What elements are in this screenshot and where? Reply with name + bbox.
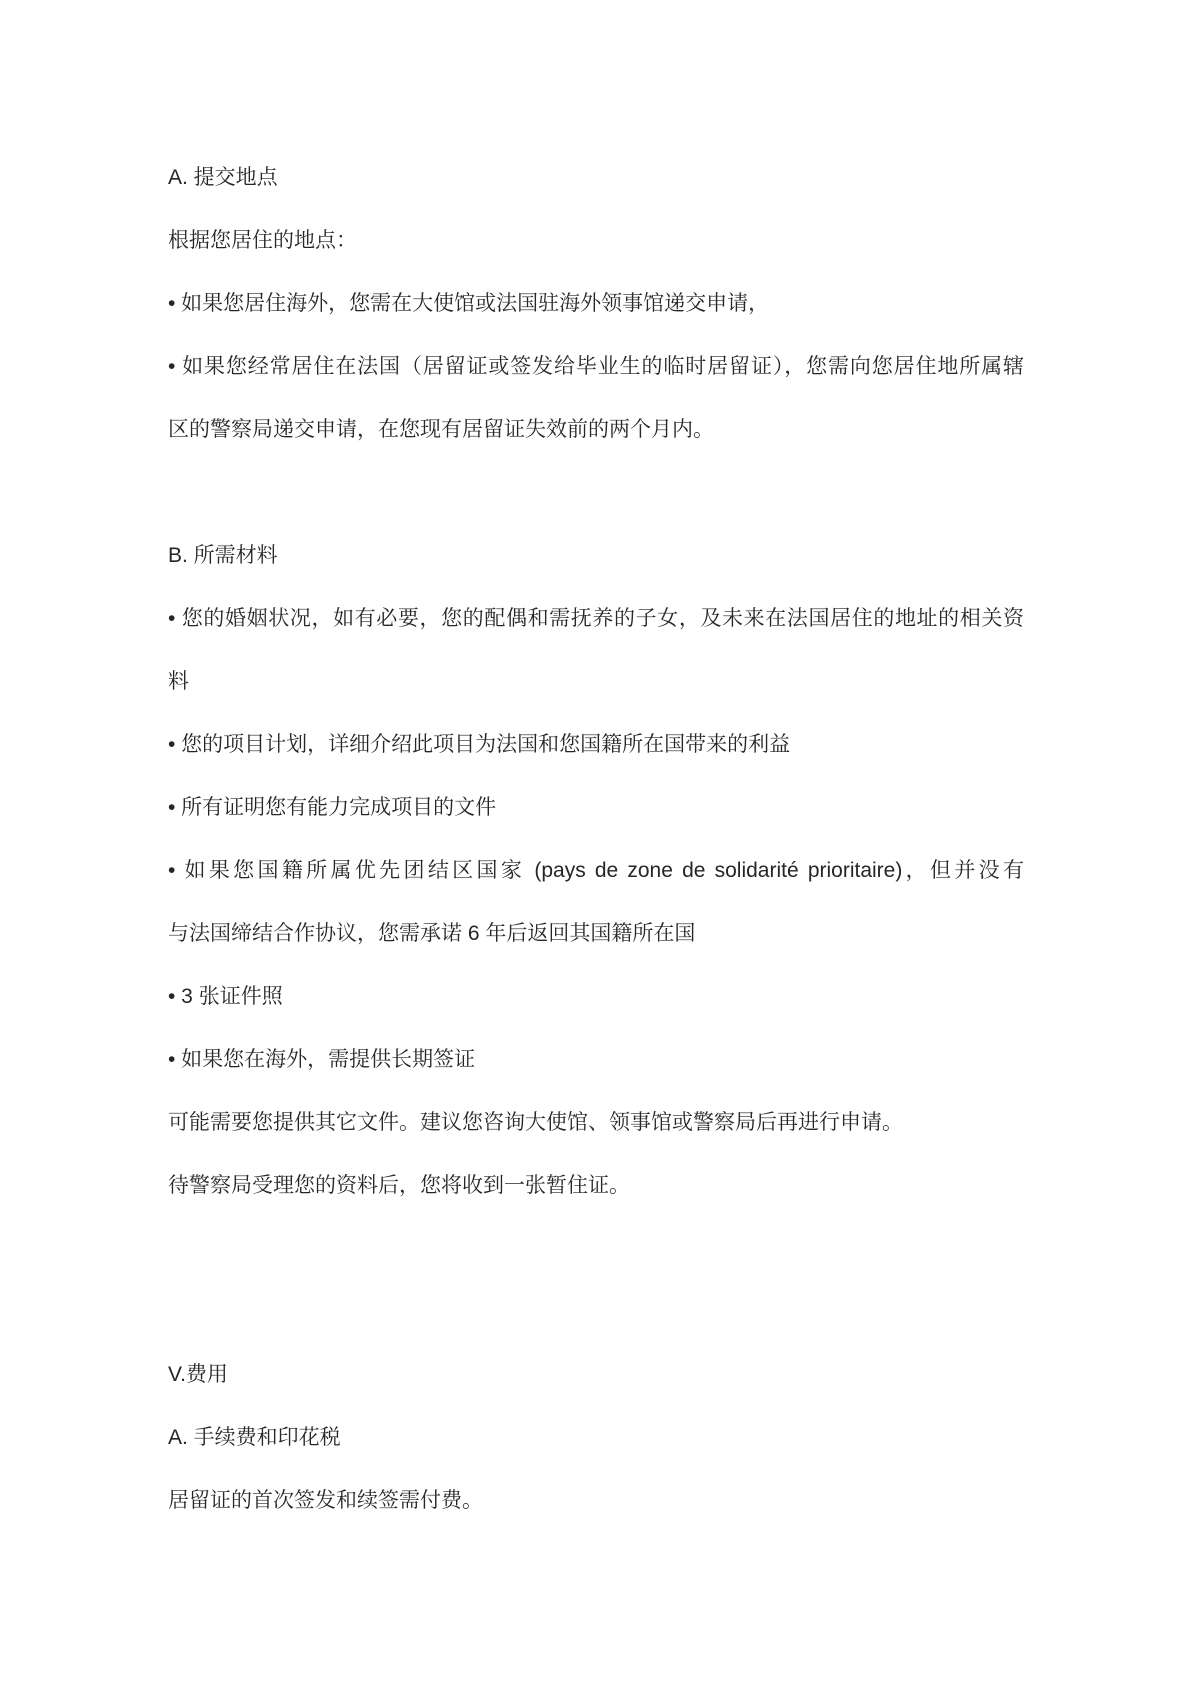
text-line: 可能需要您提供其它文件。建议您咨询大使馆、领事馆或警察局后再进行申请。 xyxy=(168,1091,1024,1154)
bullet-line: • 您的婚姻状况，如有必要，您的配偶和需抚养的子女，及未来在法国居住的地址的相关… xyxy=(168,587,1024,650)
text-line: 居留证的首次签发和续签需付费。 xyxy=(168,1469,1024,1532)
text-line: 区的警察局递交申请，在您现有居留证失效前的两个月内。 xyxy=(168,398,1024,461)
empty-line xyxy=(168,1280,1024,1343)
bullet-line: • 如果您经常居住在法国（居留证或签发给毕业生的临时居留证），您需向您居住地所属… xyxy=(168,335,1024,398)
bullet-line: • 所有证明您有能力完成项目的文件 xyxy=(168,776,1024,839)
heading-line: V.费用 xyxy=(168,1343,1024,1406)
heading-line: A. 提交地点 xyxy=(168,146,1024,209)
heading-line: A. 手续费和印花税 xyxy=(168,1406,1024,1469)
document-text-block: A. 提交地点根据您居住的地点：• 如果您居住海外，您需在大使馆或法国驻海外领事… xyxy=(168,146,1024,1532)
empty-line xyxy=(168,461,1024,524)
bullet-line: • 3 张证件照 xyxy=(168,965,1024,1028)
text-line: 料 xyxy=(168,650,1024,713)
text-line: 与法国缔结合作协议，您需承诺 6 年后返回其国籍所在国 xyxy=(168,902,1024,965)
heading-line: B. 所需材料 xyxy=(168,524,1024,587)
bullet-line: • 如果您在海外，需提供长期签证 xyxy=(168,1028,1024,1091)
empty-line xyxy=(168,1217,1024,1280)
bullet-line: • 如果您居住海外，您需在大使馆或法国驻海外领事馆递交申请， xyxy=(168,272,1024,335)
bullet-line: • 您的项目计划，详细介绍此项目为法国和您国籍所在国带来的利益 xyxy=(168,713,1024,776)
text-line: 待警察局受理您的资料后，您将收到一张暂住证。 xyxy=(168,1154,1024,1217)
bullet-line: • 如果您国籍所属优先团结区国家 (pays de zone de solida… xyxy=(168,839,1024,902)
document-page: A. 提交地点根据您居住的地点：• 如果您居住海外，您需在大使馆或法国驻海外领事… xyxy=(0,0,1200,1697)
text-line: 根据您居住的地点： xyxy=(168,209,1024,272)
